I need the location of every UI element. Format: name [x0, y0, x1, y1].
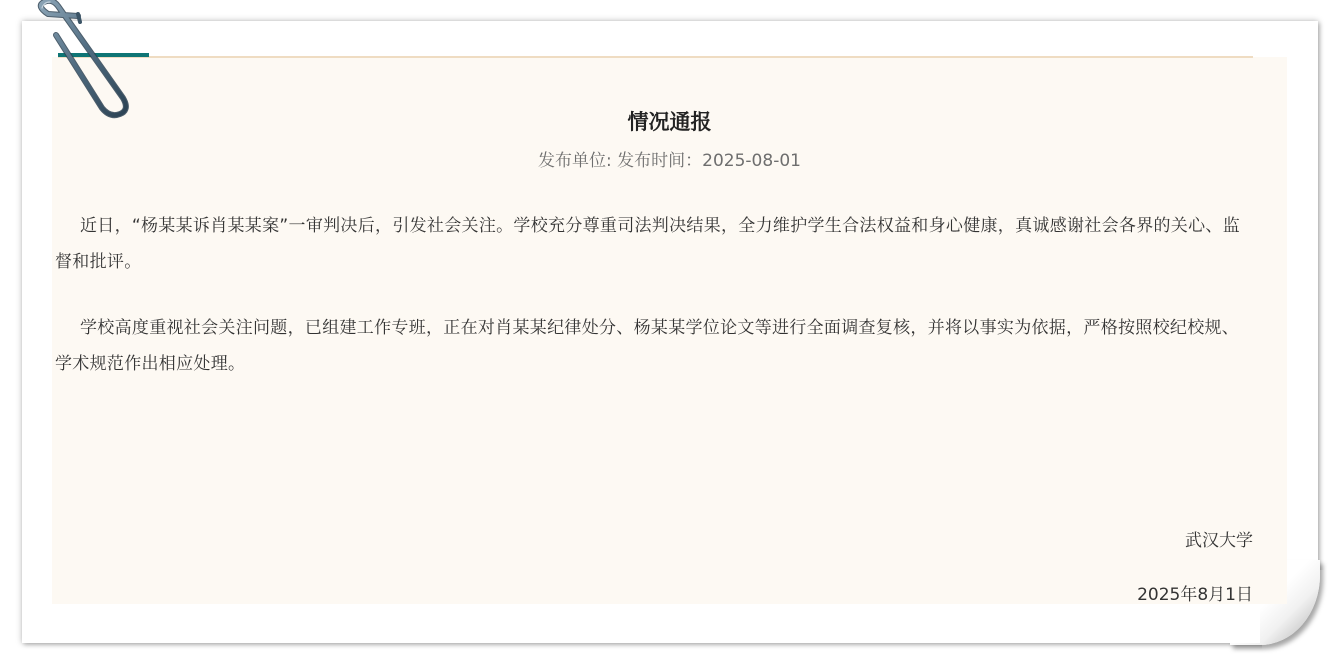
article-body: 近日，“杨某某诉肖某某案”一审判决后，引发社会关注。学校充分尊重司法判决结果，全…	[55, 208, 1255, 412]
header-accent-bar	[58, 53, 149, 57]
paragraph: 近日，“杨某某诉肖某某案”一审判决后，引发社会关注。学校充分尊重司法判决结果，全…	[55, 208, 1255, 280]
header-divider	[58, 56, 1253, 58]
page-title: 情况通报	[52, 108, 1287, 136]
paragraph: 学校高度重视社会关注问题，已组建工作专班，正在对肖某某纪律处分、杨某某学位论文等…	[55, 310, 1255, 382]
publish-meta: 发布单位: 发布时间：2025-08-01	[52, 148, 1287, 174]
page-stage: 情况通报 发布单位: 发布时间：2025-08-01 近日，“杨某某诉肖某某案”…	[0, 0, 1340, 665]
signature-organization: 武汉大学	[1185, 528, 1253, 554]
signature-date: 2025年8月1日	[1137, 582, 1253, 608]
